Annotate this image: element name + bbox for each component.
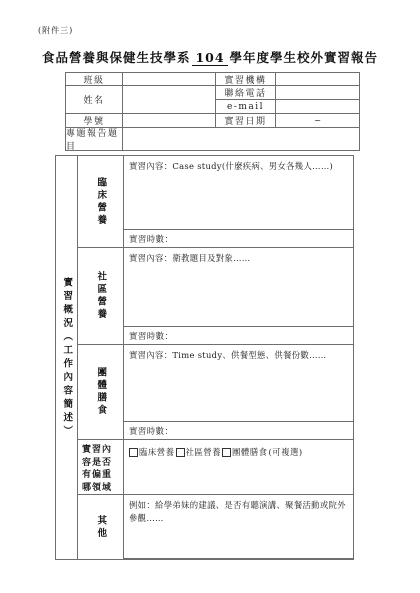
organization-label: 實習機構 [216, 73, 276, 86]
emphasis-options-cell: 臨床營養 社區營養 團體膳食 (可複選) [124, 440, 353, 495]
document-page: (附件三) 食品營養與保健生技學系104學年度學生校外實習報告 班級 實習機構 … [0, 0, 420, 593]
multi-select-note: (可複選) [269, 446, 303, 459]
foodservice-hours-cell[interactable]: 實習時數： [124, 422, 353, 440]
checkbox-clinical-icon[interactable] [129, 448, 138, 457]
overview-side-label: 實習概況（工作內容簡述） [62, 277, 72, 439]
class-value-cell[interactable] [123, 73, 216, 86]
section-other-cell: 其他 [78, 495, 124, 559]
class-label: 班級 [66, 73, 123, 86]
section-community-cell: 社區營養 [78, 248, 124, 345]
section-foodservice-cell: 團體膳食 [78, 345, 124, 440]
emphasis-options-row: 臨床營養 社區營養 團體膳食 (可複選) [129, 442, 348, 459]
option-clinical-label: 臨床營養 [139, 446, 175, 459]
overview-table: 實習概況（工作內容簡述） 臨床營養 實習內容：Case study(什麼疾病、男… [55, 155, 354, 560]
student-id-value-cell[interactable] [123, 114, 216, 128]
phone-value-cell[interactable] [276, 86, 359, 100]
project-title-label: 專題報告題目 [66, 128, 123, 150]
checkbox-foodservice-icon[interactable] [222, 448, 231, 457]
title-prefix: 食品營養與保健生技學系 [42, 50, 191, 65]
date-value-cell[interactable]: ~ [276, 114, 359, 128]
name-value-cell[interactable] [123, 86, 216, 114]
option-foodservice: 團體膳食 [222, 446, 268, 459]
phone-label: 聯絡電話 [216, 86, 276, 100]
option-community: 社區營養 [176, 446, 222, 459]
option-clinical: 臨床營養 [129, 446, 175, 459]
clinical-content-cell[interactable]: 實習內容：Case study(什麼疾病、男女各幾人……) [124, 156, 353, 230]
community-content-cell[interactable]: 實習內容：衛教題目及對象…… [124, 248, 353, 327]
project-title-value-cell[interactable] [123, 128, 359, 150]
emphasis-label-cell: 實習內容是否有偏重哪領域 [78, 440, 124, 495]
section-clinical-cell: 臨床營養 [78, 156, 124, 248]
overview-side-cell: 實習概況（工作內容簡述） [56, 156, 78, 559]
student-id-label: 學號 [66, 114, 123, 128]
section-clinical-label: 臨床營養 [96, 177, 106, 227]
page-title: 食品營養與保健生技學系104學年度學生校外實習報告 [0, 48, 420, 66]
checkbox-community-icon[interactable] [176, 448, 185, 457]
email-value-cell[interactable] [276, 100, 359, 114]
email-label: e-mail [216, 100, 276, 114]
option-foodservice-label: 團體膳食 [232, 446, 268, 459]
section-foodservice-label: 團體膳食 [96, 367, 106, 417]
student-info-table: 班級 實習機構 姓名 聯絡電話 e-mail 學號 實習日期 ~ 專題報告題目 [65, 72, 360, 151]
option-community-label: 社區營養 [186, 446, 222, 459]
title-year: 104 [192, 50, 227, 66]
clinical-hours-cell[interactable]: 實習時數： [124, 230, 353, 248]
section-community-label: 社區營養 [96, 271, 106, 321]
organization-value-cell[interactable] [276, 73, 359, 86]
community-hours-cell[interactable]: 實習時數： [124, 327, 353, 345]
emphasis-label: 實習內容是否有偏重哪領域 [82, 444, 113, 490]
foodservice-content-cell[interactable]: 實習內容：Time study、供餐型態、供餐份數…… [124, 345, 353, 422]
attachment-label: (附件三) [38, 25, 73, 36]
name-label: 姓名 [66, 86, 123, 114]
date-label: 實習日期 [216, 114, 276, 128]
title-suffix: 學年度學生校外實習報告 [230, 50, 379, 65]
other-content-cell[interactable]: 例如：給學弟妹的建議、是否有聽演講、聚餐活動或院外參觀…… [124, 495, 353, 559]
section-other-label: 其他 [96, 515, 106, 540]
